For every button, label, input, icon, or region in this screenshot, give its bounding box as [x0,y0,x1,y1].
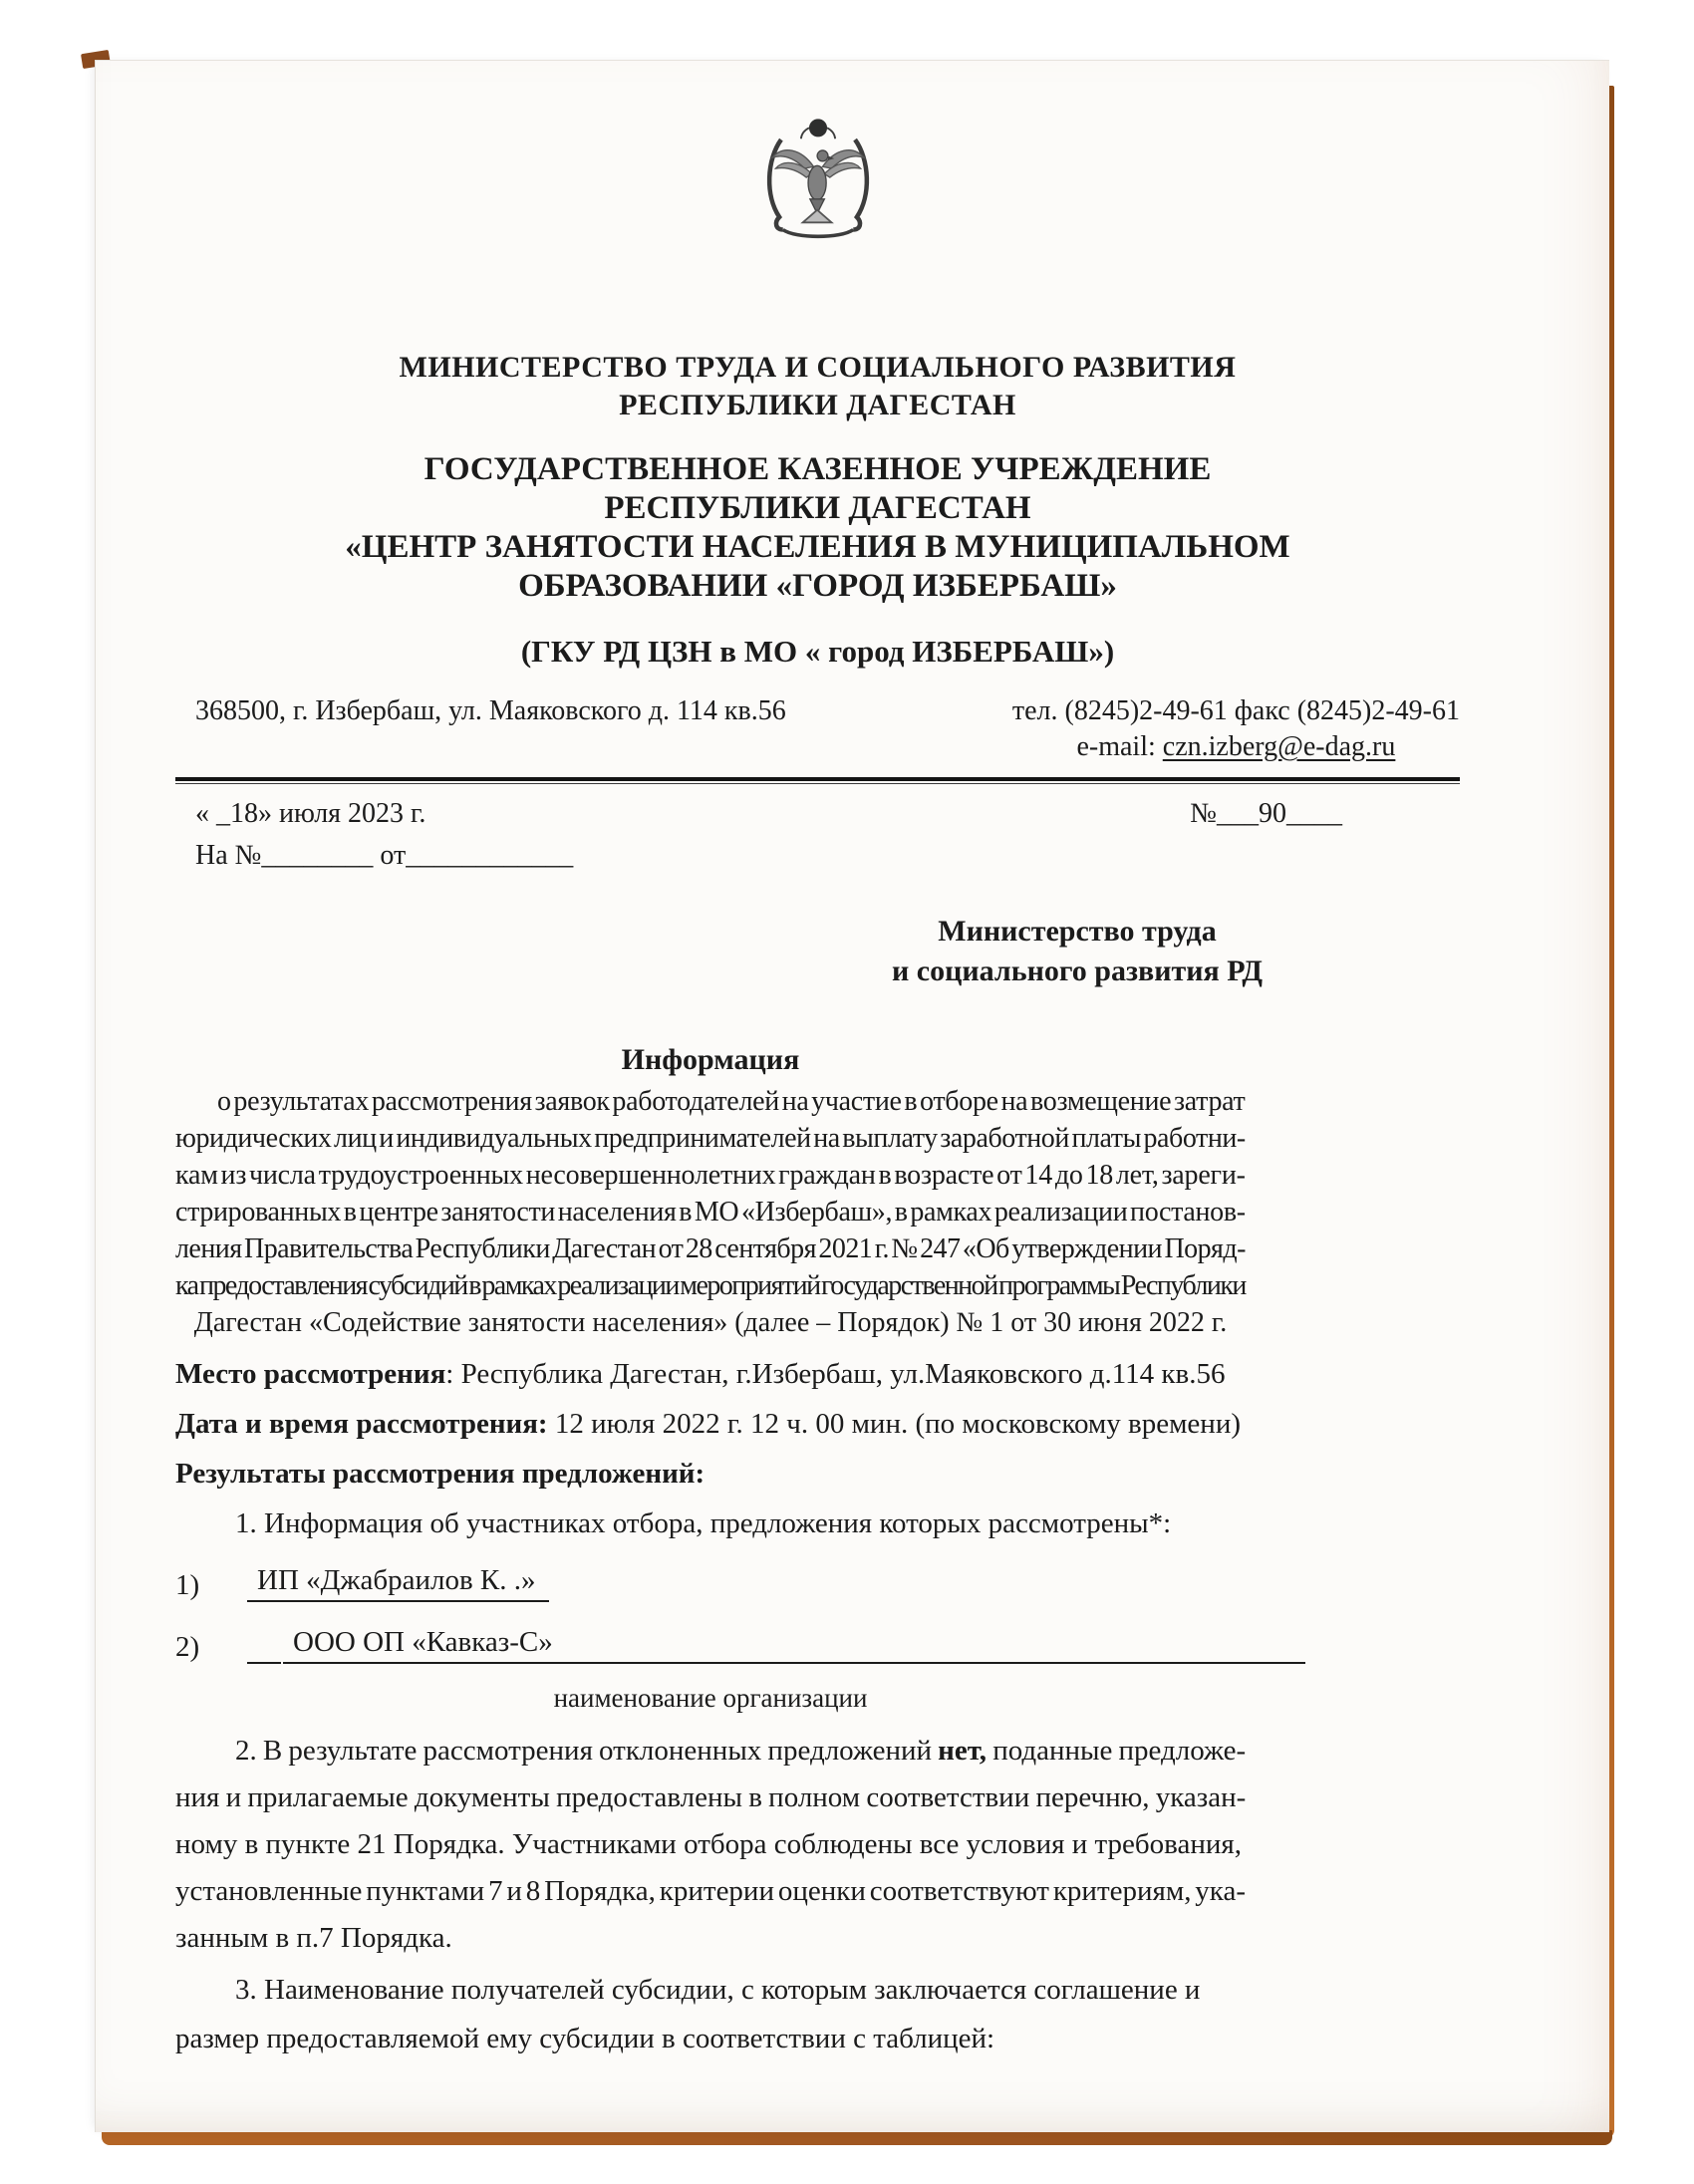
blank-underline [567,1633,1305,1664]
paragraph-2-line: 2. В результате рассмотрения отклоненных… [175,1728,1246,1774]
letter-body: Информация о результатах рассмотрения за… [175,1041,1246,2063]
header-divider [175,777,1460,784]
ministry-name-line2: РЕСПУБЛИКИ ДАГЕСТАН [175,387,1460,424]
paragraph-2-line: ному в пункте 21 Порядка. Участниками от… [175,1821,1246,1868]
intro-paragraph: о результатах рассмотрения заявок работо… [175,1083,1246,1341]
participant-1-number: 1) [175,1569,247,1602]
postal-address: 368500, г. Избербаш, ул. Маяковского д. … [175,693,786,765]
organization-name: ГОСУДАРСТВЕННОЕ КАЗЕННОЕ УЧРЕЖДЕНИЕ РЕСП… [175,450,1460,606]
intro-line: юридических лиц и индивидуальных предпри… [175,1120,1246,1157]
dagestan-coat-of-arms-icon [175,113,1460,249]
email-label: e-mail: [1076,731,1162,762]
intro-line: кам из числа трудоустроенных несовершенн… [175,1157,1246,1194]
intro-line: стрированных в центре занятости населени… [175,1194,1246,1230]
reference-line: На №________ от____________ [175,838,1460,874]
paragraph-2: 2. В результате рассмотрения отклоненных… [175,1728,1246,1962]
review-results-heading: Результаты рассмотрения предложений: [175,1449,1246,1499]
paragraph-3-line: размер предоставляемой ему субсидии в со… [175,2015,1246,2063]
participant-row-2: 2) ООО ОП «Кавказ-С» [175,1616,1246,1664]
org-name-line4: ОБРАЗОВАНИИ «ГОРОД ИЗБЕРБАШ» [175,567,1460,606]
letter-number: №___90____ [1190,796,1460,832]
letter-meta-row: « _18» июля 2023 г. №___90____ [175,796,1460,832]
ministry-name-line1: МИНИСТЕРСТВО ТРУДА И СОЦИАЛЬНОГО РАЗВИТИ… [175,349,1460,387]
org-name-line2: РЕСПУБЛИКИ ДАГЕСТАН [175,489,1460,528]
phone-fax: тел. (8245)2-49-61 факс (8245)2-49-61 [1012,693,1460,729]
contact-row: 368500, г. Избербаш, ул. Маяковского д. … [175,693,1460,765]
review-facts: Место рассмотрения: Республика Дагестан,… [175,1349,1246,1548]
item-1-text: 1. Информация об участниках отбора, пред… [175,1499,1246,1548]
paragraph-2-line: ния и прилагаемые документы предоставлен… [175,1774,1246,1821]
letter-title: Информация [175,1041,1246,1079]
addressee-line2: и социального развития РД [828,952,1326,991]
org-name-caption: наименование организации [175,1680,1246,1716]
folder-edge-bottom [102,2130,1612,2145]
letter-page: МИНИСТЕРСТВО ТРУДА И СОЦИАЛЬНОГО РАЗВИТИ… [95,60,1609,2132]
org-short-name: (ГКУ РД ЦЗН в МО « город ИЗБЕРБАШ») [175,632,1460,672]
addressee-line1: Министерство труда [828,912,1326,952]
participant-1-name: ИП «Джабраилов К. .» [247,1564,549,1602]
participant-row-1: 1) ИП «Джабраилов К. .» [175,1554,1246,1602]
org-name-line1: ГОСУДАРСТВЕННОЕ КАЗЕННОЕ УЧРЕЖДЕНИЕ [175,450,1460,489]
intro-line: ления Правительства Республики Дагестан … [175,1230,1246,1267]
scanned-letter-photo: МИНИСТЕРСТВО ТРУДА И СОЦИАЛЬНОГО РАЗВИТИ… [0,0,1694,2184]
email-line: e-mail: czn.izberg@e-dag.ru [1012,729,1460,765]
review-datetime: Дата и время рассмотрения: 12 июля 2022 … [175,1399,1246,1449]
paragraph-3-line: 3. Наименование получателей субсидии, с … [175,1966,1246,2015]
blank-underline [247,1633,281,1664]
intro-line: о результатах рассмотрения заявок работо… [175,1083,1246,1120]
review-place: Место рассмотрения: Республика Дагестан,… [175,1349,1246,1399]
intro-line: ка предоставления субсидий в рамках реал… [175,1267,1246,1304]
participant-2-number: 2) [175,1631,247,1664]
letter-date: « _18» июля 2023 г. [175,796,425,832]
paragraph-2-line: установленные пунктами 7 и 8 Порядка, кр… [175,1868,1246,1915]
contact-details: тел. (8245)2-49-61 факс (8245)2-49-61 e-… [1012,693,1460,765]
addressee-block: Министерство труда и социального развити… [828,912,1326,991]
email-address: czn.izberg@e-dag.ru [1163,731,1396,762]
paragraph-3: 3. Наименование получателей субсидии, с … [175,1966,1246,2063]
paragraph-2-line: занным в п.7 Порядка. [175,1915,1246,1962]
intro-line: Дагестан «Содействие занятости населения… [175,1304,1246,1341]
org-name-line3: «ЦЕНТР ЗАНЯТОСТИ НАСЕЛЕНИЯ В МУНИЦИПАЛЬН… [175,528,1460,567]
participant-2-name: ООО ОП «Кавказ-С» [283,1626,567,1664]
ministry-name: МИНИСТЕРСТВО ТРУДА И СОЦИАЛЬНОГО РАЗВИТИ… [175,349,1460,424]
